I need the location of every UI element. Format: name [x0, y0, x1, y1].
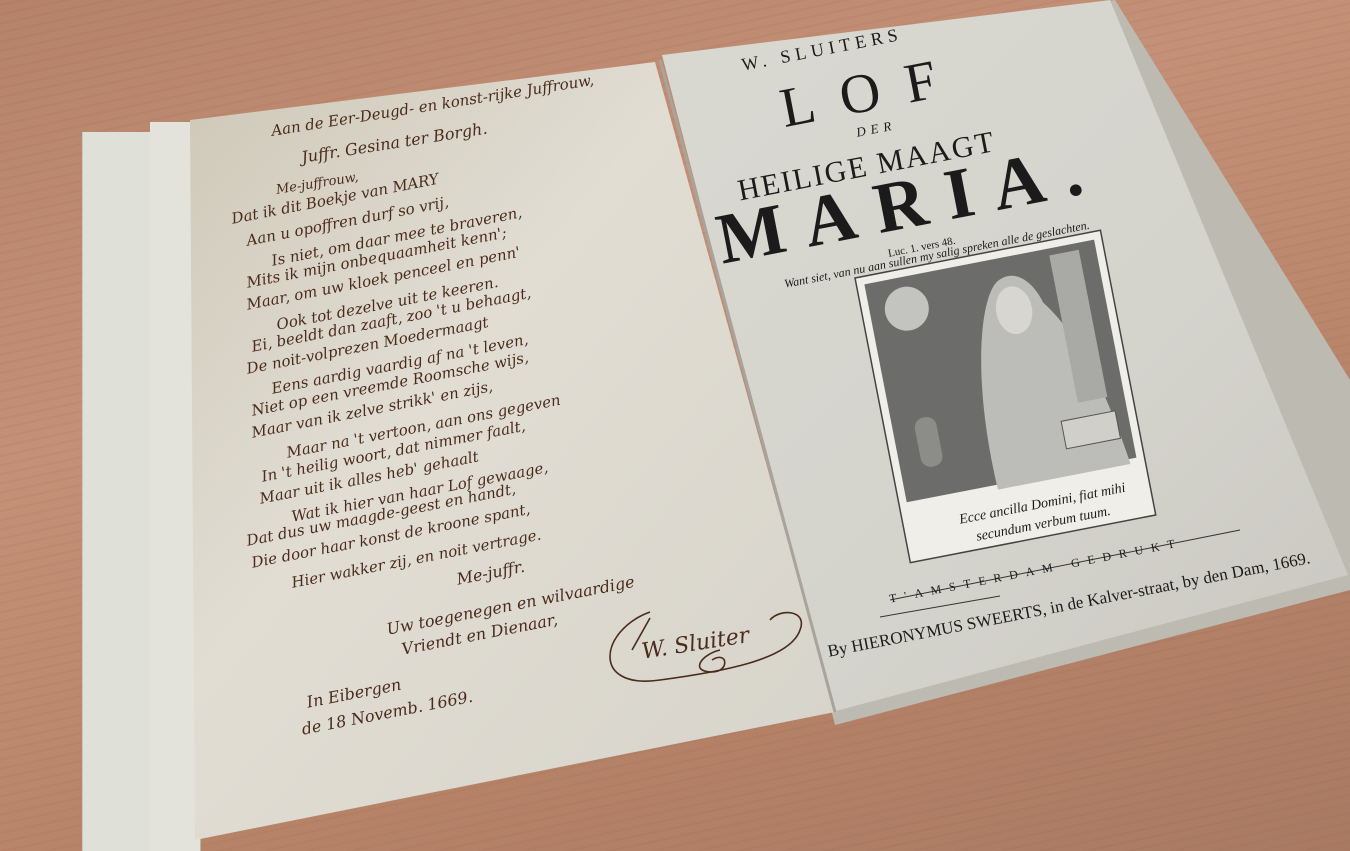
book-pages	[0, 0, 1350, 851]
